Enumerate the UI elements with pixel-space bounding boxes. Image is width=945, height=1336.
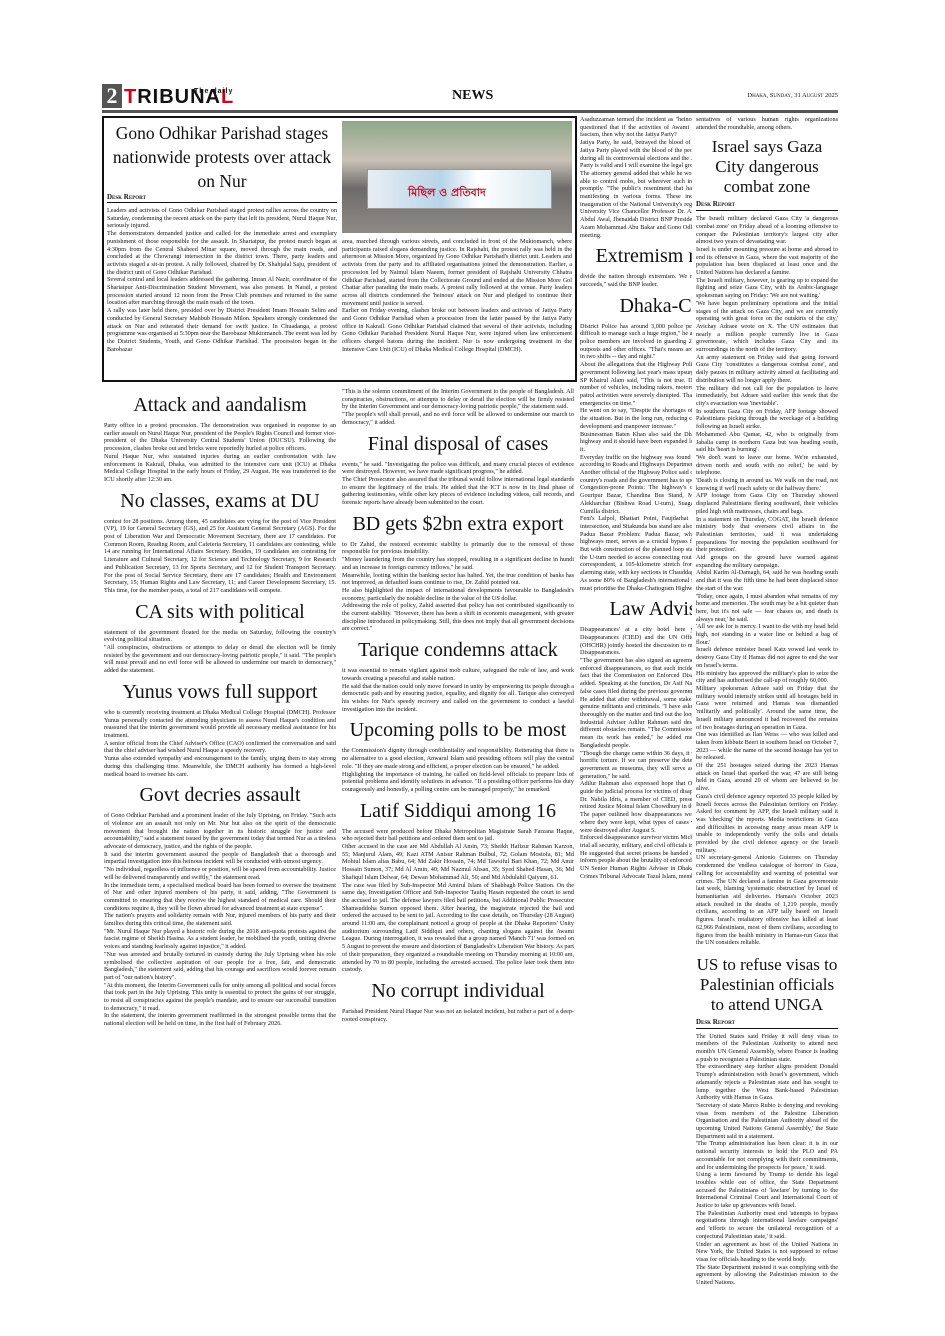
protest-banner: মিছিল ও প্রতিবাদ: [367, 169, 552, 209]
headline-upcoming-polls[interactable]: Upcoming polls to be most: [342, 719, 574, 741]
newspaper-logo[interactable]: The daily TRIBUNAL: [124, 86, 234, 108]
section-label: NEWS: [452, 88, 493, 104]
page-number: 2: [102, 84, 122, 108]
lead-col2: area, marched through various streets, a…: [342, 238, 572, 376]
dateline: Dhaka, Sunday, 31 August 2025: [747, 92, 838, 99]
lead-headline[interactable]: Gono Odhikar Parishad stages nationwide …: [107, 121, 337, 193]
headline-ca[interactable]: CA sits with political: [104, 601, 336, 623]
headline-attack[interactable]: Attack and aandalism: [104, 394, 336, 416]
logo-tagline: The daily: [194, 81, 233, 103]
byline-israel: Desk Report: [696, 201, 838, 211]
headline-final-disposal[interactable]: Final disposal of cases: [342, 433, 574, 455]
masthead-rule: [102, 110, 838, 113]
lead-story-box: Gono Odhikar Parishad stages nationwide …: [102, 116, 577, 382]
headline-us-visas[interactable]: US to refuse visas to Palestinian offici…: [696, 955, 838, 1015]
lead-col1: Leaders and activists of Gono Odhikar Pa…: [107, 207, 337, 353]
headline-govt[interactable]: Govt decries assault: [104, 784, 336, 806]
headline-latif[interactable]: Latif Siddiqui among 16: [342, 800, 574, 822]
headline-du[interactable]: No classes, exams at DU: [104, 490, 336, 512]
right-column: sentatives of various human rights organ…: [692, 116, 838, 1286]
headline-bd-export[interactable]: BD gets $2bn extra export: [342, 513, 574, 535]
middle-column: "This is the solemn commitment of the In…: [342, 388, 574, 1288]
masthead: 2 The daily TRIBUNAL NEWS Dhaka, Sunday,…: [102, 84, 838, 110]
left-column: Attack and aandalism Party office in a p…: [104, 388, 336, 1288]
lead-byline: Desk Report: [107, 193, 337, 203]
protest-photo[interactable]: মিছিল ও প্রতিবাদ: [342, 121, 572, 233]
headline-yunus[interactable]: Yunus vows full support: [104, 681, 336, 703]
headline-tarique[interactable]: Tarique condemns attack: [342, 639, 574, 661]
headline-israel-gaza[interactable]: Israel says Gaza City dangerous combat z…: [696, 137, 838, 197]
byline-us: Desk Report: [696, 1019, 838, 1029]
headline-corrupt[interactable]: No corrupt individual: [342, 980, 574, 1002]
